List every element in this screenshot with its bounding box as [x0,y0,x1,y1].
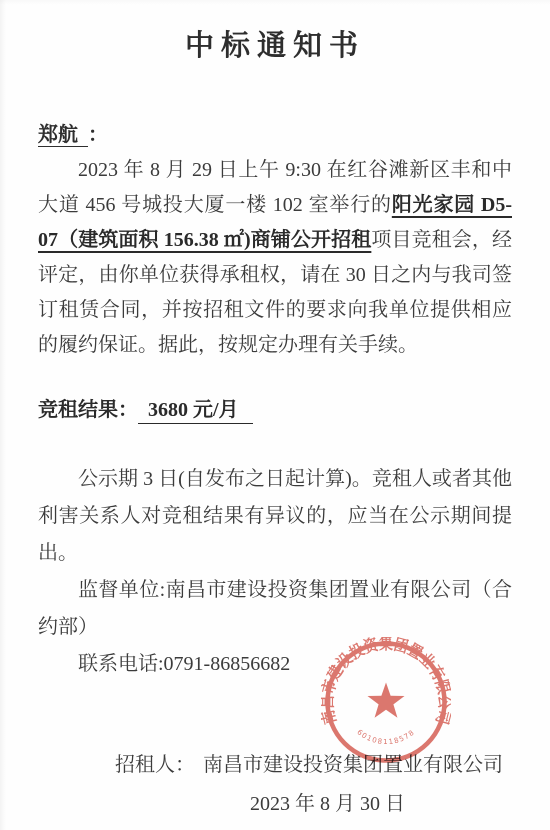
salutation-line: 郑航： [38,118,512,153]
result-label: 竞租结果： [38,399,138,421]
result-value: 3680 元/月 [138,399,253,424]
lessor-line: 招租人：南昌市建设投资集团置业有限公司 [38,746,512,785]
lessor-label: 招租人： [115,754,195,776]
document-page: 中标通知书 郑航： 2023 年 8 月 29 日上午 9:30 在红谷滩新区丰… [0,0,550,830]
paragraph-award: 2023 年 8 月 29 日上午 9:30 在红谷滩新区丰和中大道 456 号… [38,153,512,363]
salutation-colon: ： [88,124,108,146]
recipient-name: 郑航 [38,124,88,147]
contact-phone-line: 联系电话:0791-86856682 [38,646,512,683]
signature-block: 招租人：南昌市建设投资集团置业有限公司 2023 年 8 月 30 日 [38,746,512,824]
signature-date: 2023 年 8 月 30 日 [38,785,512,824]
supervisor-line: 监督单位:南昌市建设投资集团置业有限公司（合约部） [38,572,512,646]
lessor-company: 南昌市建设投资集团置业有限公司 [203,754,503,776]
document-body: 郑航： 2023 年 8 月 29 日上午 9:30 在红谷滩新区丰和中大道 4… [0,118,550,824]
document-title: 中标通知书 [0,26,550,66]
result-line: 竞租结果：3680 元/月 [38,393,512,428]
paragraph-publicity: 公示期 3 日(自发布之日起计算)。竞租人或者其他利害关系人对竞租结果有异议的，… [38,461,512,572]
